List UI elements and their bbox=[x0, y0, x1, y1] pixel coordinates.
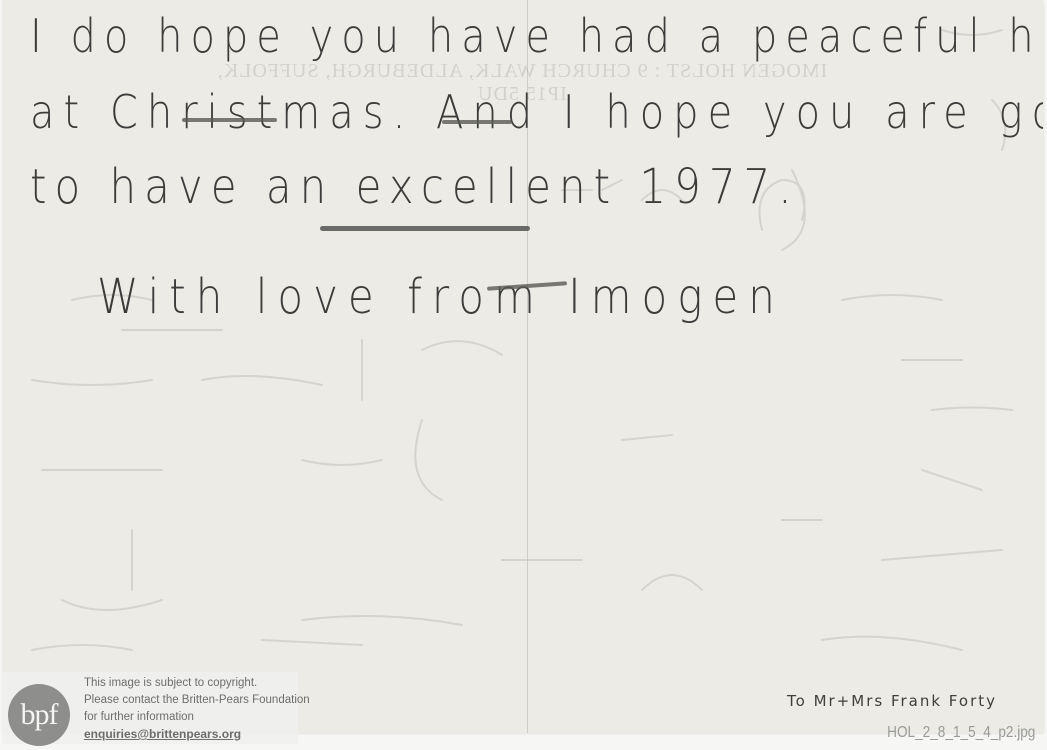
strikethrough-and bbox=[442, 120, 512, 124]
strikethrough-christmas bbox=[182, 118, 277, 122]
letter-line-1: I do hope you have had a peaceful holida… bbox=[30, 11, 1043, 64]
letter-line-2: at Christmas. And I hope you are going bbox=[30, 87, 1043, 140]
excellent-underline bbox=[320, 226, 530, 231]
enquiries-email-link[interactable]: enquiries@brittenpears.org bbox=[84, 727, 241, 741]
bpf-logo: bpf bbox=[8, 684, 70, 746]
bpf-logo-text: bpf bbox=[21, 698, 58, 732]
copyright-line-3: for further information bbox=[84, 709, 310, 726]
closing-signature: With love from Imogen bbox=[97, 268, 785, 324]
copyright-line-2: Please contact the Britten-Pears Foundat… bbox=[84, 692, 310, 709]
copyright-text: This image is subject to copyright. Plea… bbox=[84, 675, 310, 744]
addressee-note: To Mr+Mrs Frank Forty bbox=[787, 692, 997, 710]
copyright-line-1: This image is subject to copyright. bbox=[84, 675, 310, 692]
image-filename: HOL_2_8_1_5_4_p2.jpg bbox=[887, 724, 1035, 742]
letter-page: IMOGEN HOLST : 9 CHURCH WALK, ALDEBURGH,… bbox=[2, 0, 1043, 733]
letter-line-3: to have an excellent 1977. bbox=[30, 158, 800, 214]
